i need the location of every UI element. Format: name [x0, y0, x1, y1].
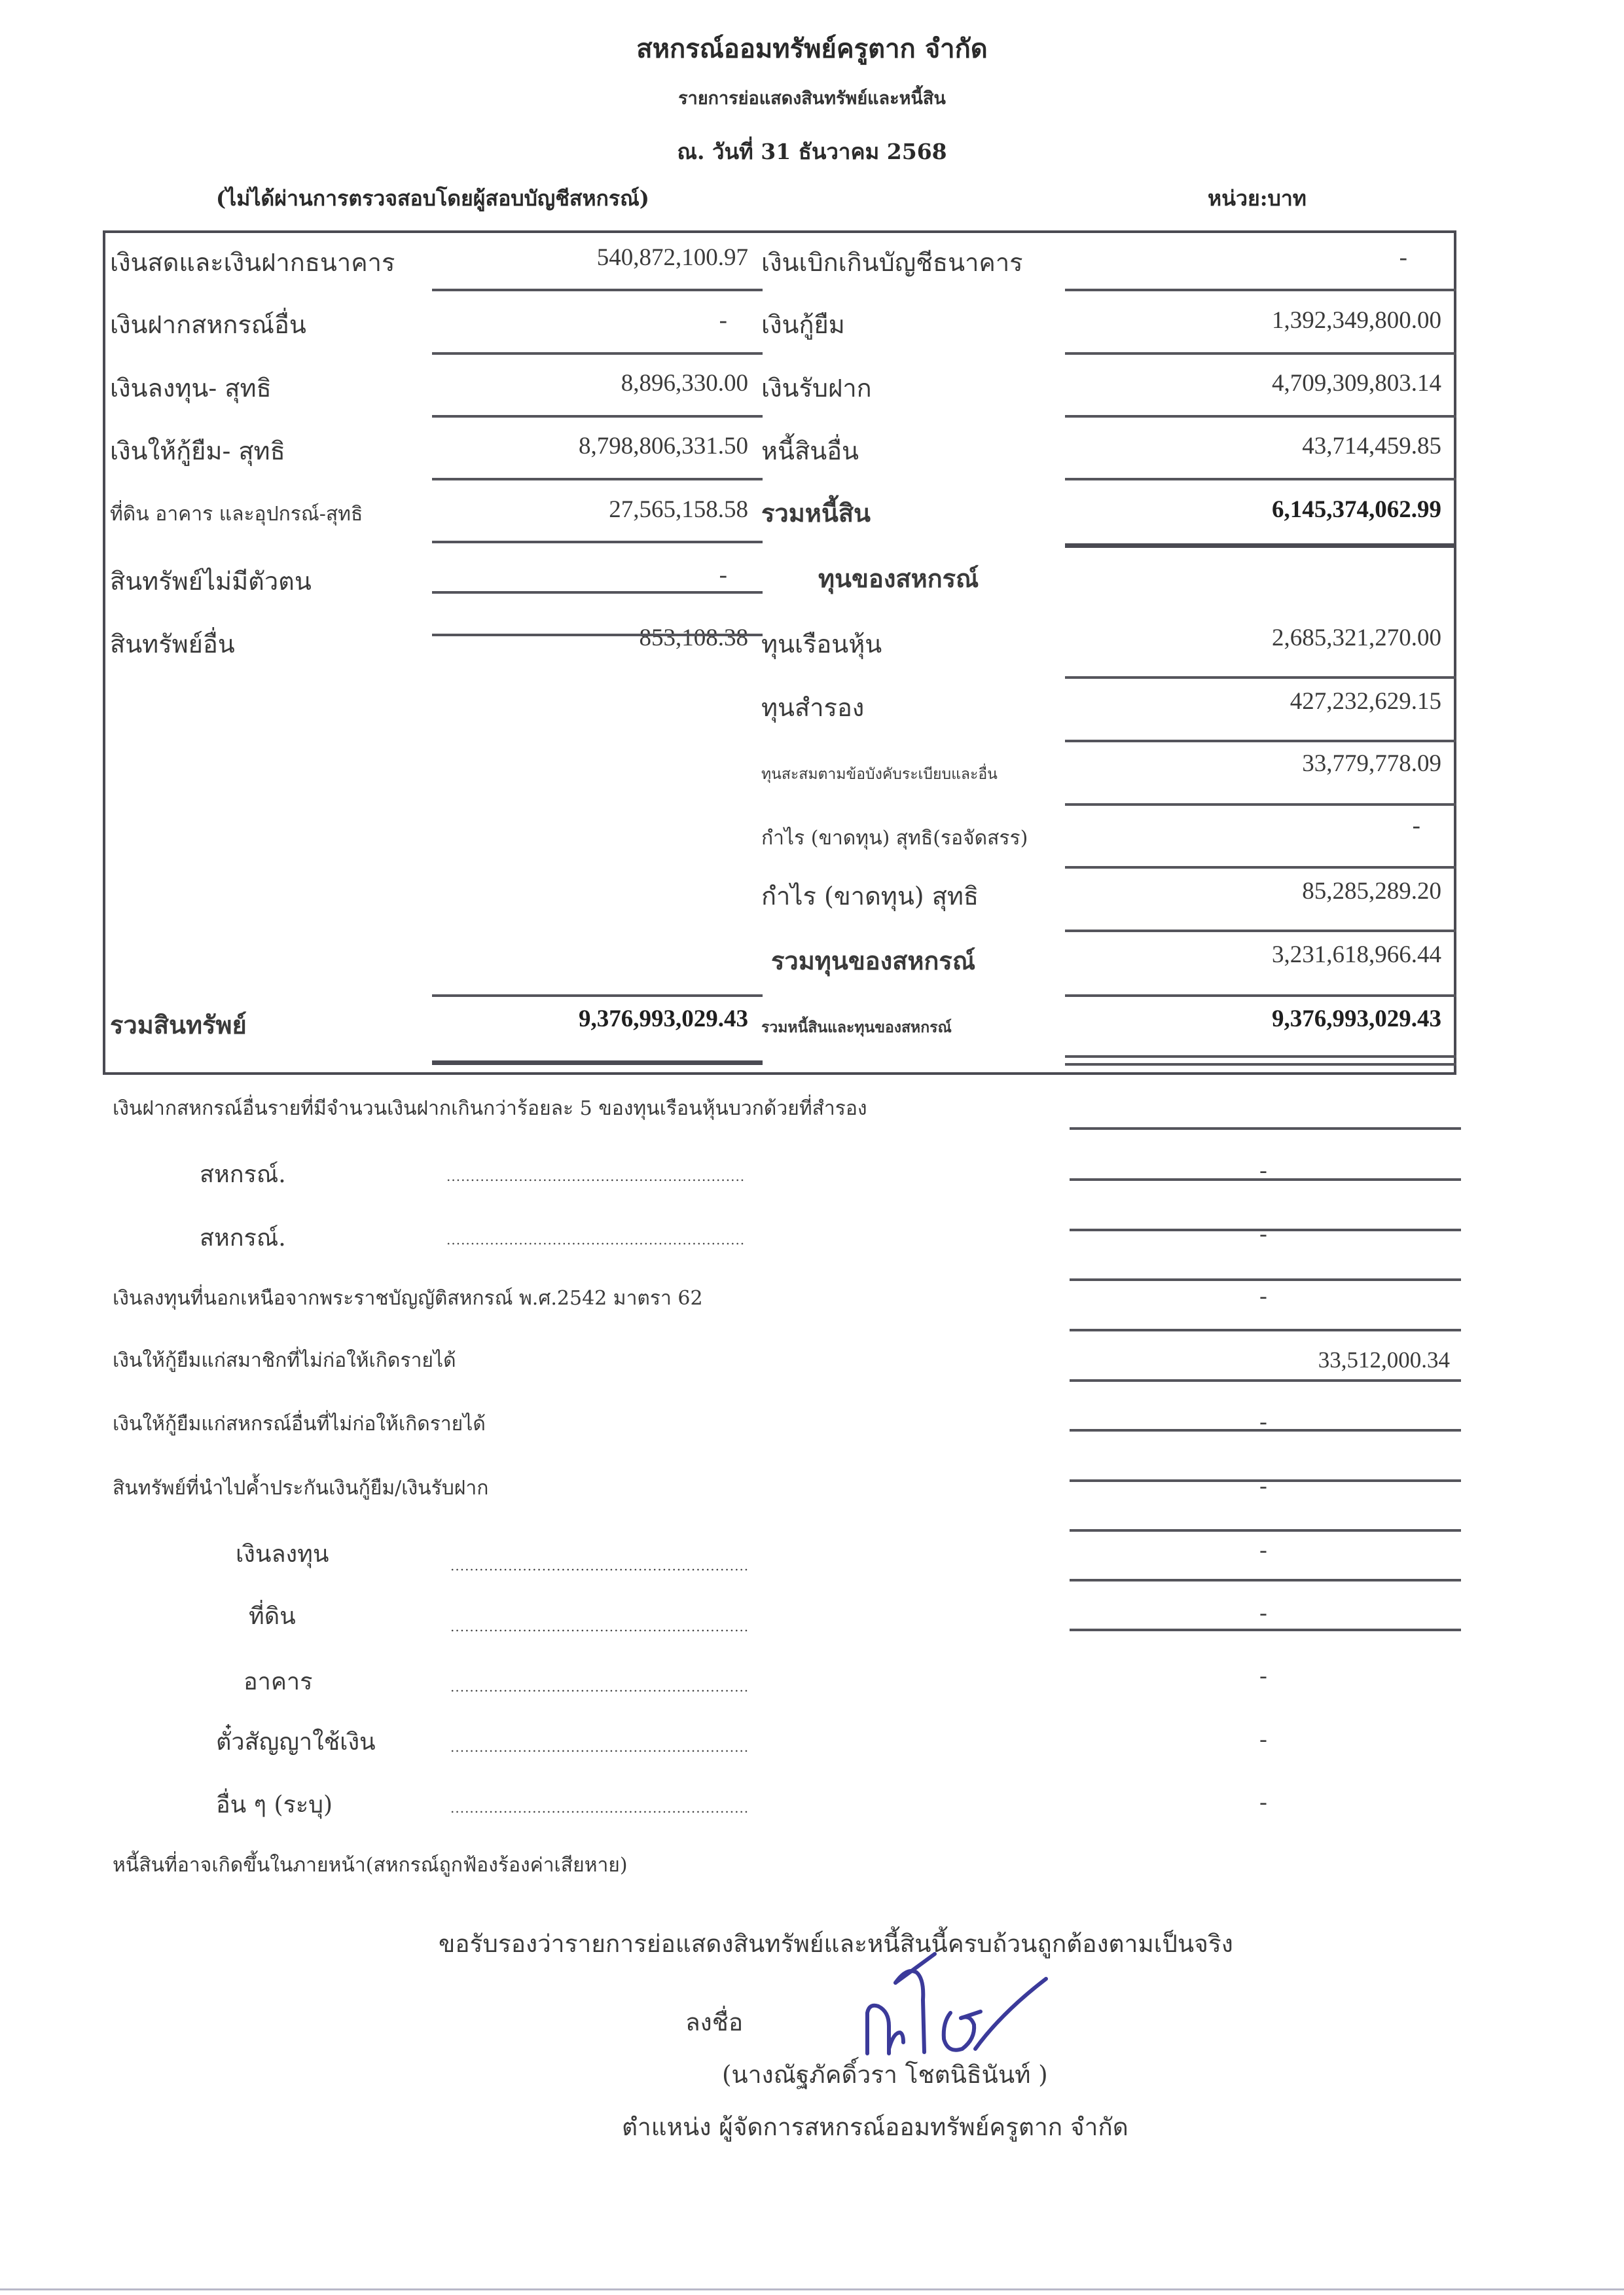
underline [1070, 1429, 1461, 1432]
underline [1065, 478, 1456, 480]
equity-value: 2,685,321,270.00 [1067, 624, 1441, 652]
unaudited-note: (ไม่ได้ผ่านการตรวจสอบโดยผู้สอบบัญชีสหกรณ… [216, 182, 649, 215]
underline [432, 634, 763, 636]
equity-label: กำไร (ขาดทุน) สุทธิ(รอจัดสรร) [761, 823, 1028, 854]
scan-edge [0, 2288, 1624, 2290]
underline [1070, 1579, 1461, 1581]
asset-label: สินทรัพย์ไม่มีตัวตน [110, 561, 312, 601]
dotted-leader: ........................................… [450, 1558, 749, 1574]
liability-value: 43,714,459.85 [1067, 432, 1441, 460]
equity-value: 427,232,629.15 [1067, 687, 1441, 715]
underline [1065, 676, 1456, 679]
total-liabilities-label: รวมหนี้สิน [761, 493, 871, 533]
pledged-row-label: ที่ดิน [249, 1597, 296, 1635]
equity-label: ทุนสะสมตามข้อบังคับระเบียบและอื่น [761, 763, 998, 786]
note-pledged-assets: สินทรัพย์ที่นำไปค้ำประกันเงินกู้ยืม/เงิน… [113, 1473, 488, 1504]
underline [432, 415, 763, 418]
underline [432, 289, 763, 291]
dotted-leader: ........................................… [450, 1679, 749, 1695]
document-subtitle: รายการย่อแสดงสินทรัพย์และหนี้สิน [0, 84, 1624, 112]
double-underline-top [1065, 1055, 1456, 1058]
statement-date: ณ. วันที่ 31 ธันวาคม 2568 [0, 134, 1624, 169]
currency-unit: หน่วย:บาท [1208, 182, 1307, 215]
grand-total-value: 9,376,993,029.43 [1067, 1005, 1441, 1033]
dotted-leader: ........................................… [446, 1232, 745, 1248]
underline [1065, 930, 1456, 932]
equity-label: ทุนสำรอง [761, 687, 864, 727]
underline [1065, 740, 1456, 742]
equity-heading: ทุนของสหกรณ์ [818, 558, 979, 598]
total-assets-label: รวมสินทรัพย์ [110, 1005, 247, 1045]
underline [432, 591, 763, 594]
underline [1065, 803, 1456, 806]
underline [1070, 1178, 1461, 1181]
liability-label: เงินเบิกเกินบัญชีธนาคาร [761, 242, 1023, 282]
pledged-row-value: - [1067, 1726, 1460, 1752]
pledged-row-value: - [1067, 1663, 1460, 1689]
signer-name: (นางณัฐภัคดิ์วรา โชตนิธินันท์ ) [722, 2055, 1048, 2094]
pledged-row-value: - [1067, 1600, 1460, 1626]
asset-label: เงินฝากสหกรณ์อื่น [110, 304, 306, 344]
pledged-row-label: เงินลงทุน [236, 1535, 329, 1572]
liability-label: หนี้สินอื่น [761, 431, 859, 471]
coop-row-label: สหกรณ์. [200, 1219, 286, 1256]
underline [1065, 289, 1456, 291]
asset-value: 540,872,100.97 [435, 244, 748, 272]
note-deposits-over-5pct: เงินฝากสหกรณ์อื่นรายที่มีจำนวนเงินฝากเกิ… [113, 1093, 867, 1124]
dotted-leader: ........................................… [450, 1800, 749, 1816]
underline [1065, 415, 1456, 418]
liability-label: เงินกู้ยืม [761, 304, 845, 344]
underline [1070, 1329, 1461, 1331]
asset-label: ที่ดิน อาคาร และอุปกรณ์-สุทธิ [110, 499, 363, 530]
liability-value: - [1067, 244, 1407, 272]
underline [1065, 866, 1456, 869]
underline [1070, 1479, 1461, 1482]
equity-label: ทุนเรือนหุ้น [761, 624, 882, 664]
underline [1070, 1229, 1461, 1231]
pledged-row-label: อื่น ๆ (ระบุ) [216, 1786, 333, 1823]
underline [1065, 994, 1456, 997]
pledged-assets-value: - [1067, 1473, 1460, 1499]
note-contingent-liabilities: หนี้สินที่อาจเกิดขึ้นในภายหน้า(สหกรณ์ถูก… [113, 1850, 628, 1881]
dotted-leader: ........................................… [450, 1739, 749, 1755]
dotted-leader: ........................................… [450, 1619, 749, 1635]
grand-total-label: รวมหนี้สินและทุนของสหกรณ์ [761, 1016, 952, 1039]
underline [1070, 1629, 1461, 1631]
asset-label: เงินสดและเงินฝากธนาคาร [110, 242, 395, 282]
asset-value: 8,798,806,331.50 [435, 432, 748, 460]
asset-label: เงินให้กู้ยืม- สุทธิ [110, 431, 285, 471]
total-equity-label: รวมทุนของสหกรณ์ [771, 941, 975, 981]
note-nonperforming-member-loans: เงินให้กู้ยืมแก่สมาชิกที่ไม่ก่อให้เกิดรา… [113, 1345, 456, 1376]
liability-value: 4,709,309,803.14 [1067, 369, 1441, 397]
equity-label: กำไร (ขาดทุน) สุทธิ [761, 876, 979, 916]
coop-row-value: - [1067, 1221, 1460, 1247]
underline [1070, 1127, 1461, 1130]
asset-label: สินทรัพย์อื่น [110, 624, 235, 664]
sign-label: ลงชื่อ [685, 2003, 743, 2042]
note-investment-outside-act: เงินลงทุนที่นอกเหนือจากพระราชบัญญัติสหกร… [113, 1283, 703, 1314]
underline [432, 352, 763, 355]
underline [1070, 1379, 1461, 1382]
pledged-row-value: - [1067, 1789, 1460, 1815]
equity-value: 33,779,778.09 [1067, 750, 1441, 778]
total-liabilities-value: 6,145,374,062.99 [1067, 496, 1441, 524]
nonperforming-member-loans-value: 33,512,000.34 [1057, 1347, 1450, 1373]
investment-outside-act-value: - [1067, 1283, 1460, 1309]
underline [432, 994, 763, 997]
double-underline-bottom [1065, 1063, 1456, 1066]
equity-value: 85,285,289.20 [1067, 877, 1441, 905]
pledged-row-label: ตั๋วสัญญาใช้เงิน [216, 1723, 376, 1760]
asset-value: 853,108.38 [435, 624, 748, 652]
note-nonperforming-coop-loans: เงินให้กู้ยืมแก่สหกรณ์อื่นที่ไม่ก่อให้เก… [113, 1409, 486, 1439]
asset-label: เงินลงทุน- สุทธิ [110, 368, 272, 408]
liability-value: 1,392,349,800.00 [1067, 306, 1441, 334]
signer-position: ตำแหน่ง ผู้จัดการสหกรณ์ออมทรัพย์ครูตาก จ… [622, 2108, 1128, 2146]
certification-statement: ขอรับรองว่ารายการย่อแสดงสินทรัพย์และหนี้… [439, 1925, 1233, 1963]
signature-image [838, 1941, 1060, 2068]
underline [432, 478, 763, 480]
coop-row-label: สหกรณ์. [200, 1155, 286, 1193]
asset-value: - [435, 561, 727, 589]
pledged-row-value: - [1067, 1537, 1460, 1563]
thick-underline [1065, 543, 1456, 548]
asset-value: 27,565,158.58 [435, 496, 748, 524]
handwritten-signature-icon [838, 1941, 1060, 2065]
asset-value: - [435, 306, 727, 334]
double-underline [432, 1060, 763, 1065]
liability-label: เงินรับฝาก [761, 368, 872, 408]
organization-title: สหกรณ์ออมทรัพย์ครูตาก จำกัด [0, 27, 1624, 69]
pledged-row-label: อาคาร [244, 1663, 312, 1700]
underline [1070, 1278, 1461, 1281]
underline [1065, 352, 1456, 355]
equity-value: - [1067, 812, 1420, 840]
dotted-leader: ........................................… [446, 1168, 745, 1184]
underline [1070, 1529, 1461, 1532]
asset-value: 8,896,330.00 [435, 369, 748, 397]
total-equity-value: 3,231,618,966.44 [1067, 941, 1441, 969]
total-assets-value: 9,376,993,029.43 [435, 1005, 748, 1033]
underline [432, 541, 763, 543]
